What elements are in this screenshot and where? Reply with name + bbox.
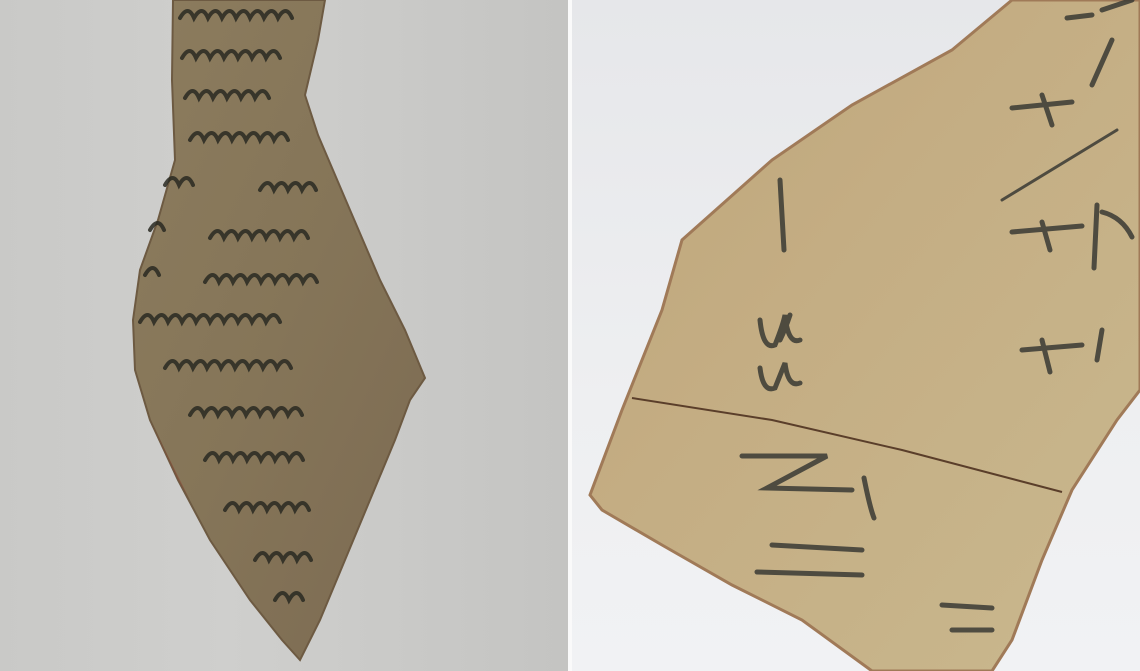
- right-ostracon: [572, 0, 1140, 671]
- left-photo-panel: [0, 0, 568, 671]
- right-photo-panel: [572, 0, 1140, 671]
- sherd-body: [133, 0, 425, 660]
- sherd-body: [590, 0, 1140, 671]
- left-ostracon: [0, 0, 568, 671]
- photo: [0, 0, 1140, 671]
